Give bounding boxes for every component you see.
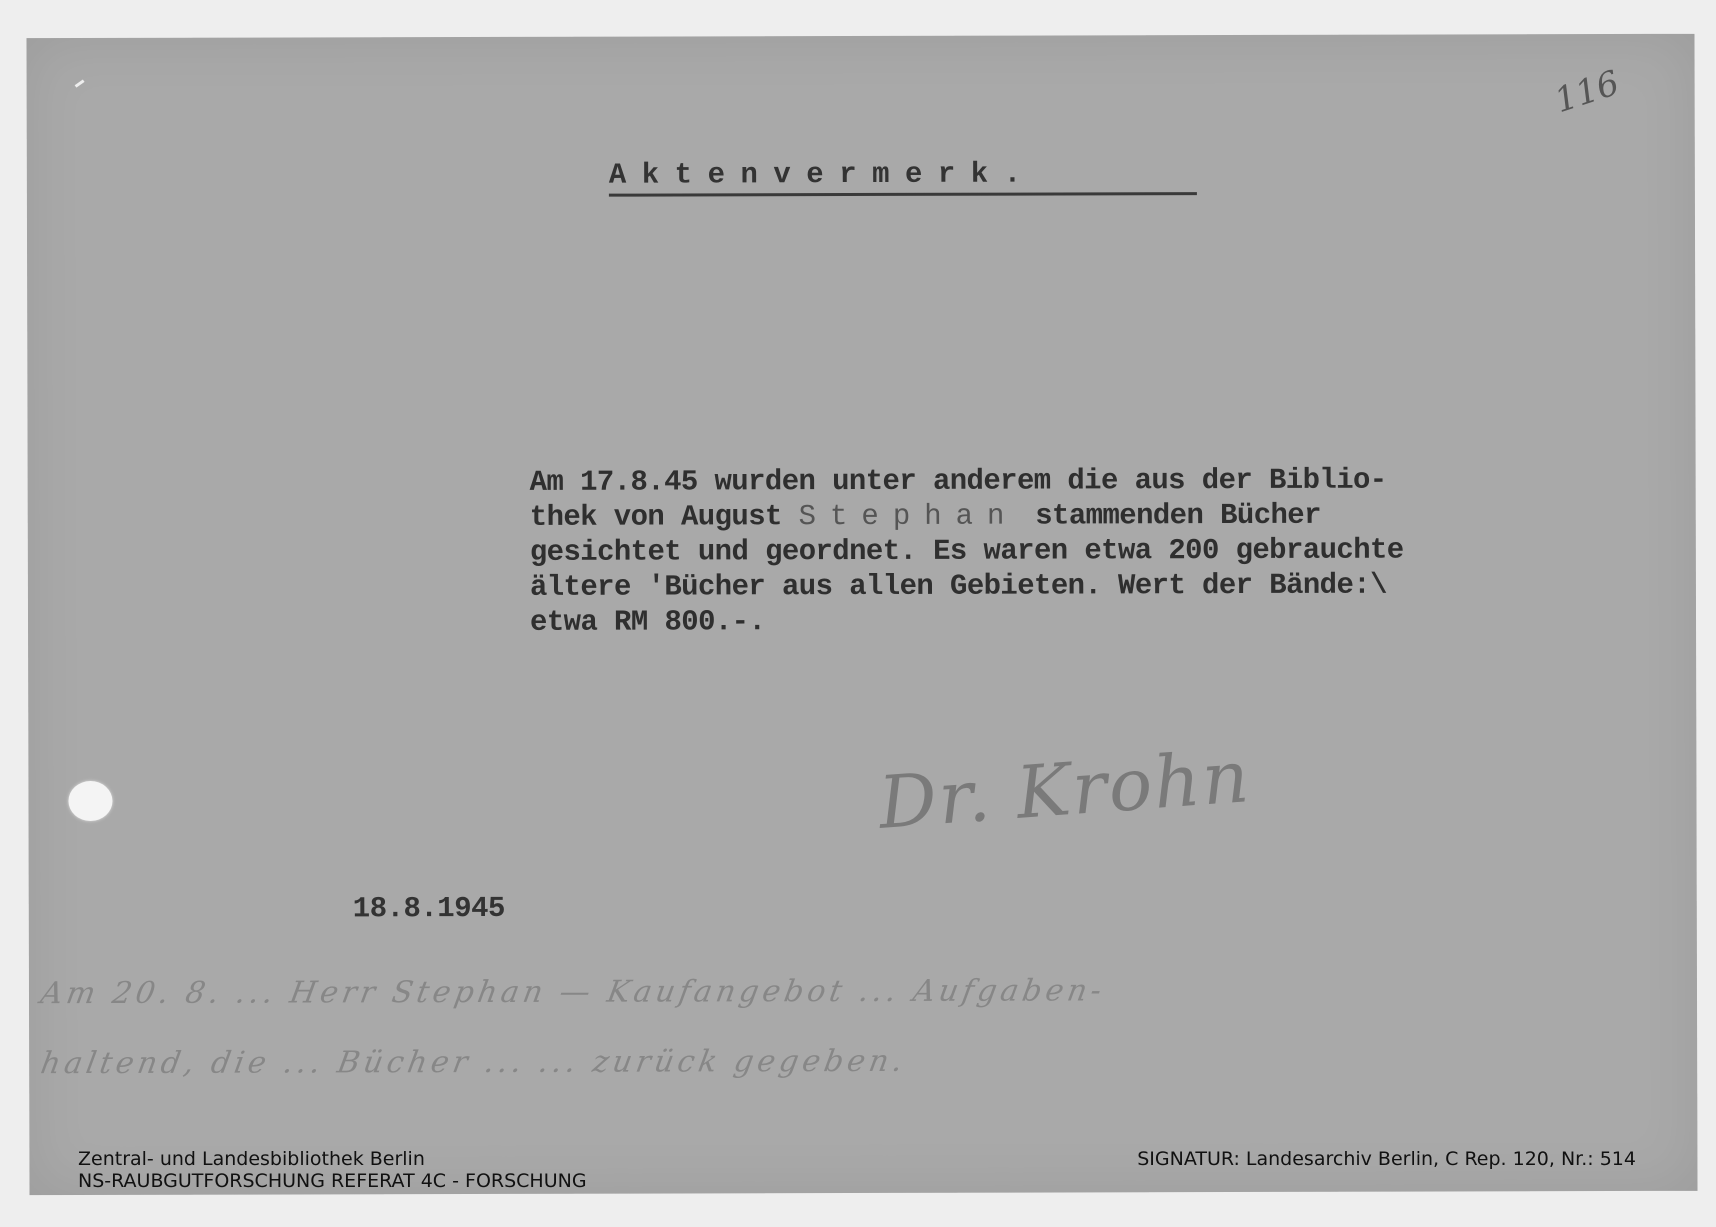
handwritten-note-line-1: Am 20. 8. ... Herr Stephan — Kaufangebot… — [38, 973, 1108, 1011]
footer-signatur: SIGNATUR: Landesarchiv Berlin, C Rep. 12… — [1137, 1148, 1636, 1170]
body-line-4: ältere 'Bücher aus allen Gebieten. Wert … — [530, 569, 1387, 604]
document-page: 116 Aktenvermerk. Am 17.8.45 wurden unte… — [26, 34, 1697, 1195]
name-stephan-spaced: Stephan — [799, 500, 1019, 534]
footer-library-name: Zentral- und Landesbibliothek Berlin — [78, 1148, 587, 1170]
body-line-5: etwa RM 800.-. — [530, 605, 765, 639]
folio-number: 116 — [1550, 63, 1624, 121]
body-line-2: thek von August Stephan stammenden Büche… — [530, 499, 1321, 534]
paper-tear-mark — [75, 79, 85, 87]
memo-body: Am 17.8.45 wurden unter anderem die aus … — [530, 463, 1404, 640]
body-line-1: Am 17.8.45 wurden unter anderem die aus … — [530, 464, 1387, 499]
document-date: 18.8.1945 — [353, 892, 505, 925]
title-underline — [609, 192, 1197, 197]
punch-hole — [68, 781, 112, 821]
body-line-3: gesichtet und geordnet. Es waren etwa 20… — [530, 534, 1404, 569]
document-title: Aktenvermerk. — [609, 158, 1037, 192]
footer-institution: Zentral- und Landesbibliothek Berlin NS-… — [78, 1148, 587, 1192]
signature: Dr. Krohn — [876, 734, 1253, 845]
handwritten-note-line-2: haltend, die ... Bücher ... ... zurück g… — [38, 1044, 909, 1081]
footer-department: NS-RAUBGUTFORSCHUNG REFERAT 4C - FORSCHU… — [78, 1170, 587, 1192]
